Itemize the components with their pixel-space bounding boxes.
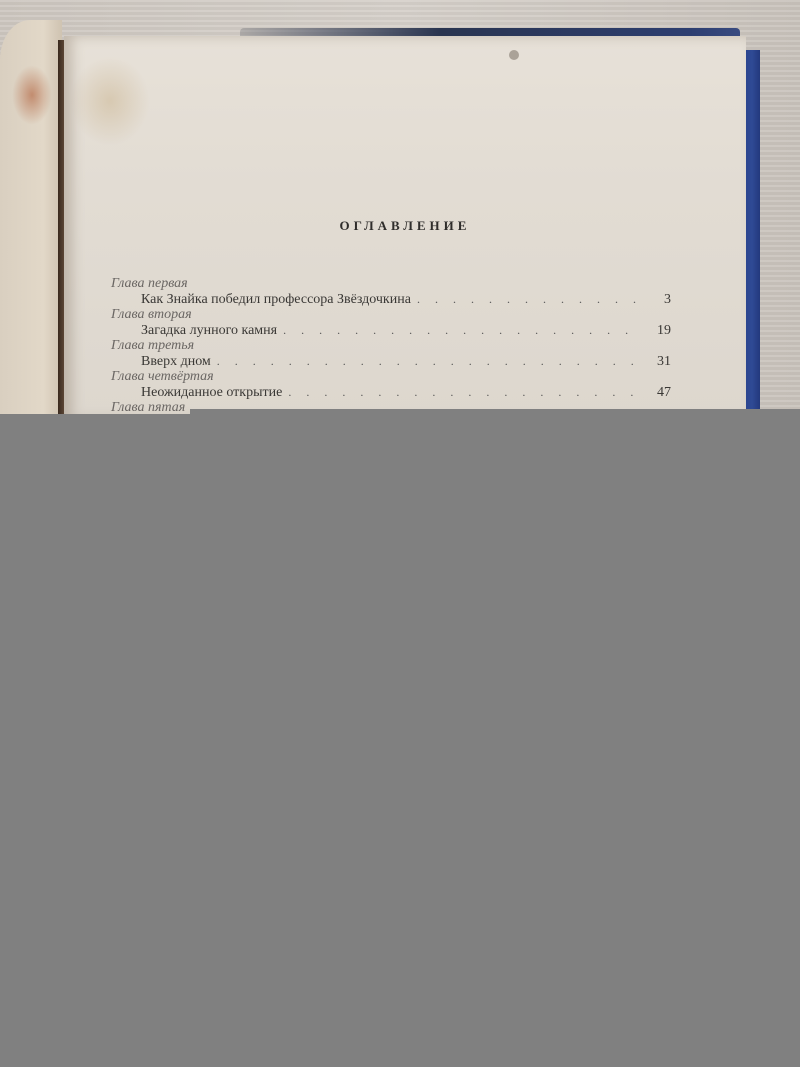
dot-leader: . . . . . . . . . . . . . . . . . . . . … — [417, 291, 639, 307]
book-gutter — [58, 40, 64, 420]
toc-entry: Загадка лунного камня . . . . . . . . . … — [111, 322, 671, 338]
stain — [12, 65, 52, 125]
page-number: 19 — [645, 323, 671, 339]
toc-entry: Вверх дном . . . . . . . . . . . . . . .… — [111, 353, 671, 369]
chapter-label: Глава третья — [111, 338, 671, 353]
book-page: ОГЛАВЛЕНИЕ Глава первая Как Знайка побед… — [64, 36, 746, 420]
left-page-edge — [0, 20, 62, 420]
entry-title: Вверх дном — [141, 354, 211, 370]
stain — [70, 56, 150, 146]
page-number: 31 — [645, 354, 671, 370]
page-number: 3 — [645, 292, 671, 308]
toc-heading: ОГЛАВЛЕНИЕ — [64, 218, 746, 234]
toc-entry: Неожиданное открытие . . . . . . . . . .… — [111, 384, 671, 400]
chapter-label: Глава первая — [111, 276, 671, 291]
redaction-mask — [0, 414, 800, 1067]
toc-entry: Как Знайка победил профессора Звёздочкин… — [111, 291, 671, 307]
chapter-label: Глава вторая — [111, 307, 671, 322]
spot — [509, 50, 519, 60]
entry-title: Загадка лунного камня — [141, 323, 277, 339]
entry-title: Как Знайка победил профессора Звёздочкин… — [141, 292, 411, 308]
dot-leader: . . . . . . . . . . . . . . . . . . . . … — [217, 353, 639, 369]
table-of-contents: Глава первая Как Знайка победил профессо… — [111, 276, 671, 415]
dot-leader: . . . . . . . . . . . . . . . . . . . . … — [283, 322, 639, 338]
page-number: 47 — [645, 385, 671, 401]
chapter-label: Глава четвёртая — [111, 369, 671, 384]
dot-leader: . . . . . . . . . . . . . . . . . . . . … — [288, 384, 639, 400]
entry-title: Неожиданное открытие — [141, 385, 282, 401]
